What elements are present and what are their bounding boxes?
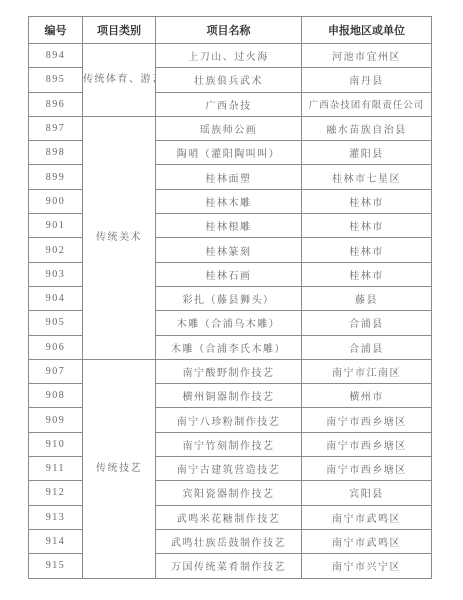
cell-name: 南宁竹刻制作技艺 <box>156 432 302 456</box>
cell-region: 南宁市西乡塘区 <box>302 432 432 456</box>
cell-name: 上刀山、过火海 <box>156 44 302 68</box>
cell-number: 901 <box>29 214 83 238</box>
cell-name: 桂林篆刻 <box>156 238 302 262</box>
header-region: 申报地区或单位 <box>302 17 432 44</box>
cell-region: 南宁市西乡塘区 <box>302 408 432 432</box>
cell-category: 传统美术 <box>83 116 156 359</box>
cell-number: 902 <box>29 238 83 262</box>
cell-name: 万国传统菜肴制作技艺 <box>156 554 302 578</box>
cell-region: 南宁市兴宁区 <box>302 554 432 578</box>
cell-number: 909 <box>29 408 83 432</box>
cell-number: 895 <box>29 68 83 92</box>
cell-name: 南宁古建筑营造技艺 <box>156 457 302 481</box>
cell-number: 907 <box>29 359 83 383</box>
cell-region: 桂林市 <box>302 189 432 213</box>
table-header-row: 编号 项目类别 项目名称 申报地区或单位 <box>29 17 432 44</box>
cell-region: 南宁市西乡塘区 <box>302 457 432 481</box>
cell-region: 合浦县 <box>302 335 432 359</box>
cell-region: 灌阳县 <box>302 141 432 165</box>
cell-number: 908 <box>29 384 83 408</box>
cell-name: 木雕（合浦乌木雕） <box>156 311 302 335</box>
cell-name: 瑶族师公画 <box>156 116 302 140</box>
cell-name: 桂林木雕 <box>156 189 302 213</box>
table-row: 894 传统体育、游艺与杂技 上刀山、过火海 河池市宜州区 <box>29 44 432 68</box>
cell-region: 融水苗族自治县 <box>302 116 432 140</box>
cell-name: 桂林根雕 <box>156 214 302 238</box>
heritage-project-table: 编号 项目类别 项目名称 申报地区或单位 894 传统体育、游艺与杂技 上刀山、… <box>28 16 432 579</box>
cell-number: 894 <box>29 44 83 68</box>
table-row: 897 传统美术 瑶族师公画 融水苗族自治县 <box>29 116 432 140</box>
cell-category: 传统体育、游艺与杂技 <box>83 44 156 117</box>
cell-category: 传统技艺 <box>83 359 156 578</box>
cell-region: 桂林市 <box>302 214 432 238</box>
cell-number: 900 <box>29 189 83 213</box>
cell-region: 合浦县 <box>302 311 432 335</box>
cell-region: 桂林市 <box>302 238 432 262</box>
cell-name: 武鸣壮族岳鼓制作技艺 <box>156 529 302 553</box>
cell-number: 896 <box>29 92 83 116</box>
cell-region: 藤县 <box>302 286 432 310</box>
cell-region: 南宁市武鸣区 <box>302 529 432 553</box>
cell-name: 陶哨（灌阳陶叫叫） <box>156 141 302 165</box>
table-row: 907 传统技艺 南宁酸野制作技艺 南宁市江南区 <box>29 359 432 383</box>
cell-number: 910 <box>29 432 83 456</box>
cell-region: 南宁市江南区 <box>302 359 432 383</box>
cell-number: 912 <box>29 481 83 505</box>
cell-name: 桂林石画 <box>156 262 302 286</box>
cell-region: 桂林市 <box>302 262 432 286</box>
cell-name: 壮族俍兵武术 <box>156 68 302 92</box>
cell-name: 木雕（合浦李氏木雕） <box>156 335 302 359</box>
cell-name: 南宁酸野制作技艺 <box>156 359 302 383</box>
cell-region: 宾阳县 <box>302 481 432 505</box>
cell-name: 横州铜器制作技艺 <box>156 384 302 408</box>
header-category: 项目类别 <box>83 17 156 44</box>
cell-name: 广西杂技 <box>156 92 302 116</box>
cell-region: 广西杂技团有限责任公司 <box>302 92 432 116</box>
cell-number: 899 <box>29 165 83 189</box>
cell-number: 914 <box>29 529 83 553</box>
cell-number: 904 <box>29 286 83 310</box>
header-name: 项目名称 <box>156 17 302 44</box>
cell-region: 南丹县 <box>302 68 432 92</box>
cell-number: 897 <box>29 116 83 140</box>
cell-number: 898 <box>29 141 83 165</box>
cell-number: 903 <box>29 262 83 286</box>
cell-region: 桂林市七星区 <box>302 165 432 189</box>
header-number: 编号 <box>29 17 83 44</box>
cell-number: 911 <box>29 457 83 481</box>
cell-region: 南宁市武鸣区 <box>302 505 432 529</box>
cell-name: 武鸣米花糖制作技艺 <box>156 505 302 529</box>
cell-region: 横州市 <box>302 384 432 408</box>
cell-region: 河池市宜州区 <box>302 44 432 68</box>
cell-number: 906 <box>29 335 83 359</box>
cell-name: 宾阳瓷器制作技艺 <box>156 481 302 505</box>
cell-name: 南宁八珍粉制作技艺 <box>156 408 302 432</box>
cell-name: 彩扎（藤县狮头） <box>156 286 302 310</box>
cell-number: 905 <box>29 311 83 335</box>
cell-number: 915 <box>29 554 83 578</box>
cell-number: 913 <box>29 505 83 529</box>
cell-name: 桂林面塑 <box>156 165 302 189</box>
